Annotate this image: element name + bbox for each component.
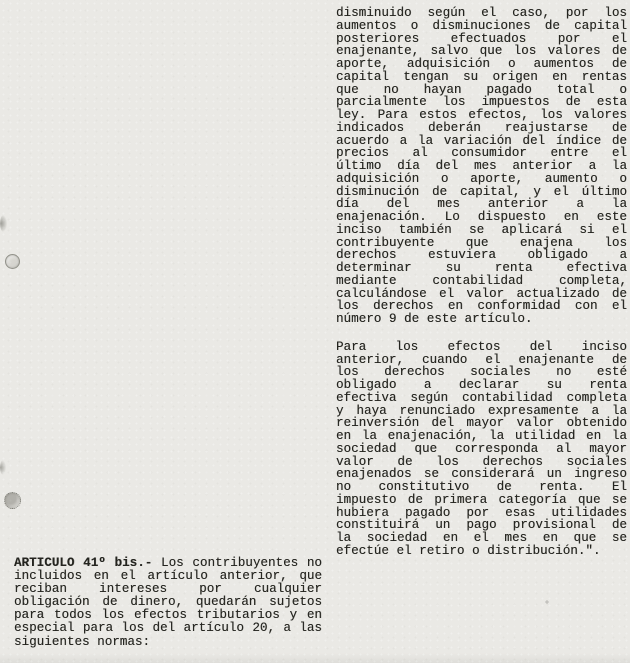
text-line: efectiva según contabilidad completa (336, 392, 627, 405)
ink-smudge-mark (0, 460, 6, 475)
paragraph-efectos-inciso-anterior: Para los efectos del incisoanterior, cua… (336, 341, 627, 558)
text-line: especial para los del artículo 20, a las (14, 622, 322, 635)
article-body-lines: incluidos en el artículo anterior, quere… (14, 570, 322, 649)
text-line: no constitutivo de renta. El (336, 481, 627, 494)
text-line: ley. Para estos efectos, los valores (336, 109, 627, 122)
text-line: último día del mes anterior a la (336, 160, 627, 173)
text-line: siguientes normas: (14, 636, 322, 649)
text-line: mediante contabilidad completa, (336, 275, 627, 288)
text-line: Para los efectos del inciso (336, 341, 627, 354)
text-line: efectúe el retiro o distribución.". (336, 545, 627, 558)
ink-smudge-mark (0, 215, 7, 232)
text-line: indicados deberán reajustarse de (336, 122, 627, 135)
text-line: impuesto de primera categoría que se (336, 494, 627, 507)
text-line: inciso también se aplicará si el (336, 224, 627, 237)
text-line: enajenación. Lo dispuesto en este (336, 211, 627, 224)
scanned-document-page: disminuido según el caso, por losaumento… (0, 0, 630, 663)
paragraph-inciso-reajuste: disminuido según el caso, por losaumento… (336, 7, 627, 326)
text-line: sociedad que corresponda al mayor (336, 443, 627, 456)
hole-punch-circle-mark (5, 254, 20, 269)
text-line: número 9 de este artículo. (336, 313, 627, 326)
left-text-column: ARTICULO 41º bis.- Los contribuyentes no… (14, 557, 322, 649)
plus-speck-mark (545, 600, 549, 604)
text-line: la sociedad en el mes en que se (336, 532, 627, 545)
text-line: capital tengan su origen en rentas (336, 71, 627, 84)
stamp-circle-mark (4, 492, 21, 509)
text-line: aumentos o disminuciones de capital (336, 20, 627, 33)
text-line: aporte, adquisición o aumentos de (336, 58, 627, 71)
text-line: obligado a declarar su renta (336, 379, 627, 392)
text-line: adquisición o aporte, aumento o (336, 173, 627, 186)
right-text-column: disminuido según el caso, por losaumento… (336, 7, 627, 558)
text-line: en la enajenación, la utilidad en la (336, 430, 627, 443)
article-number-label: ARTICULO 41º bis.- (14, 556, 152, 570)
text-line: disminuido según el caso, por los (336, 7, 627, 20)
paragraph-articulo-41-bis: ARTICULO 41º bis.- Los contribuyentes no… (14, 557, 322, 649)
text-line: determinar su renta efectiva (336, 262, 627, 275)
article-first-line-rest: Los contribuyentes no (152, 556, 322, 570)
